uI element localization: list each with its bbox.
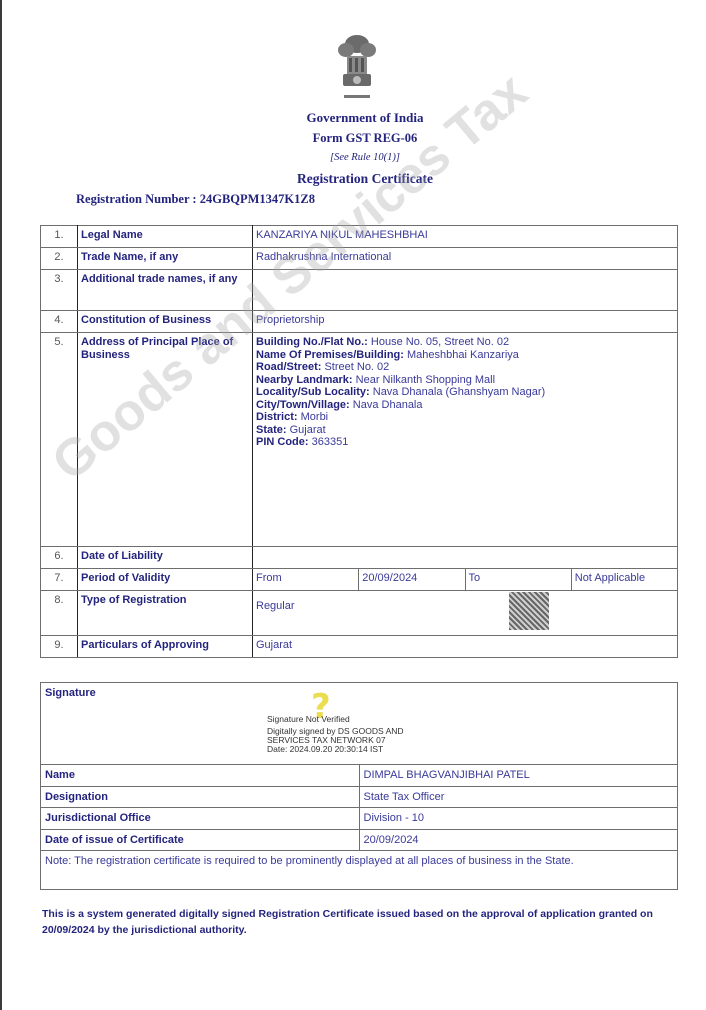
table-row: 4. Constitution of Business Proprietorsh… [41, 311, 678, 333]
address-district: District: Morbi [256, 411, 674, 424]
officer-name-label: Name [41, 765, 360, 787]
additional-trade-names-value [253, 270, 678, 311]
jurisdictional-office-label: Jurisdictional Office [41, 808, 360, 830]
validity-to-value: Not Applicable [571, 569, 677, 591]
row-number: 8. [41, 591, 78, 636]
signature-table: Signature ? Signature Not Verified Digit… [40, 682, 678, 890]
note-text: Note: The registration certificate is re… [41, 851, 678, 890]
registration-number-label: Registration Number : [76, 192, 197, 206]
designation-label: Designation [41, 786, 360, 808]
table-row: 8. Type of Registration Regular [41, 591, 678, 636]
signature-cell: Signature ? Signature Not Verified Digit… [41, 683, 678, 765]
digital-signature-block[interactable]: Signature Not Verified Digitally signed … [267, 715, 404, 754]
registration-details-table: 1. Legal Name KANZARIYA NIKUL MAHESHBHAI… [40, 225, 678, 658]
registration-type-value: Regular [256, 600, 295, 613]
row-label: Date of Liability [78, 547, 253, 569]
address-landmark: Nearby Landmark: Near Nilkanth Shopping … [256, 374, 674, 387]
signature-label: Signature [45, 687, 673, 700]
signature-date: Date: 2024.09.20 20:30:14 IST [267, 745, 404, 754]
address-value: Building No./Flat No.: House No. 05, Str… [253, 333, 678, 547]
table-row: 3. Additional trade names, if any [41, 270, 678, 311]
row-label: Type of Registration [78, 591, 253, 636]
row-label: Address of Principal Place of Business [78, 333, 253, 547]
signature-row: Signature ? Signature Not Verified Digit… [41, 683, 678, 765]
note-row: Note: The registration certificate is re… [41, 851, 678, 890]
table-row: Name DIMPAL BHAGVANJIBHAI PATEL [41, 765, 678, 787]
table-row: Date of issue of Certificate 20/09/2024 [41, 829, 678, 851]
national-emblem-icon [334, 32, 380, 106]
page-edge [0, 0, 2, 1010]
validity-to-label: To [465, 569, 571, 591]
date-of-liability-value [253, 547, 678, 569]
row-label: Trade Name, if any [78, 248, 253, 270]
row-number: 5. [41, 333, 78, 547]
registration-type-cell: Regular [253, 591, 678, 636]
row-number: 6. [41, 547, 78, 569]
certificate-title: Registration Certificate [12, 171, 706, 187]
form-title: Form GST REG-06 [12, 131, 706, 146]
qr-code-icon[interactable] [509, 592, 549, 630]
row-label: Additional trade names, if any [78, 270, 253, 311]
row-label: Legal Name [78, 226, 253, 248]
issue-date-label: Date of issue of Certificate [41, 829, 360, 851]
address-pin: PIN Code: 363351 [256, 436, 674, 449]
rule-reference: [See Rule 10(1)] [12, 152, 706, 163]
table-row: Designation State Tax Officer [41, 786, 678, 808]
table-row: 7. Period of Validity From 20/09/2024 To… [41, 569, 678, 591]
address-premises: Name Of Premises/Building: Maheshbhai Ka… [256, 349, 674, 362]
government-title: Government of India [12, 110, 706, 126]
registration-number-value: 24GBQPM1347K1Z8 [200, 192, 315, 206]
table-row: 9. Particulars of Approving Gujarat [41, 636, 678, 658]
officer-name-value: DIMPAL BHAGVANJIBHAI PATEL [359, 765, 678, 787]
row-number: 9. [41, 636, 78, 658]
approving-authority-value: Gujarat [253, 636, 678, 658]
designation-value: State Tax Officer [359, 786, 678, 808]
address-state: State: Gujarat [256, 424, 674, 437]
table-row: 2. Trade Name, if any Radhakrushna Inter… [41, 248, 678, 270]
row-number: 3. [41, 270, 78, 311]
row-number: 1. [41, 226, 78, 248]
validity-from-label: From [253, 569, 359, 591]
address-road: Road/Street: Street No. 02 [256, 361, 674, 374]
row-number: 4. [41, 311, 78, 333]
footer-statement: This is a system generated digitally sig… [42, 906, 682, 938]
address-locality: Locality/Sub Locality: Nava Dhanala (Gha… [256, 386, 674, 399]
signature-status: Signature Not Verified [267, 715, 404, 724]
table-row: 1. Legal Name KANZARIYA NIKUL MAHESHBHAI [41, 226, 678, 248]
validity-from-value: 20/09/2024 [359, 569, 465, 591]
legal-name-value: KANZARIYA NIKUL MAHESHBHAI [253, 226, 678, 248]
jurisdictional-office-value: Division - 10 [359, 808, 678, 830]
address-building: Building No./Flat No.: House No. 05, Str… [256, 336, 674, 349]
table-row: 5. Address of Principal Place of Busines… [41, 333, 678, 547]
issue-date-value: 20/09/2024 [359, 829, 678, 851]
table-row: 6. Date of Liability [41, 547, 678, 569]
table-row: Jurisdictional Office Division - 10 [41, 808, 678, 830]
row-label: Constitution of Business [78, 311, 253, 333]
question-mark-icon[interactable]: ? [311, 701, 331, 714]
row-number: 7. [41, 569, 78, 591]
trade-name-value: Radhakrushna International [253, 248, 678, 270]
registration-number: Registration Number : 24GBQPM1347K1Z8 [76, 192, 315, 207]
address-city: City/Town/Village: Nava Dhanala [256, 399, 674, 412]
row-label: Particulars of Approving [78, 636, 253, 658]
row-number: 2. [41, 248, 78, 270]
row-label: Period of Validity [78, 569, 253, 591]
constitution-value: Proprietorship [253, 311, 678, 333]
